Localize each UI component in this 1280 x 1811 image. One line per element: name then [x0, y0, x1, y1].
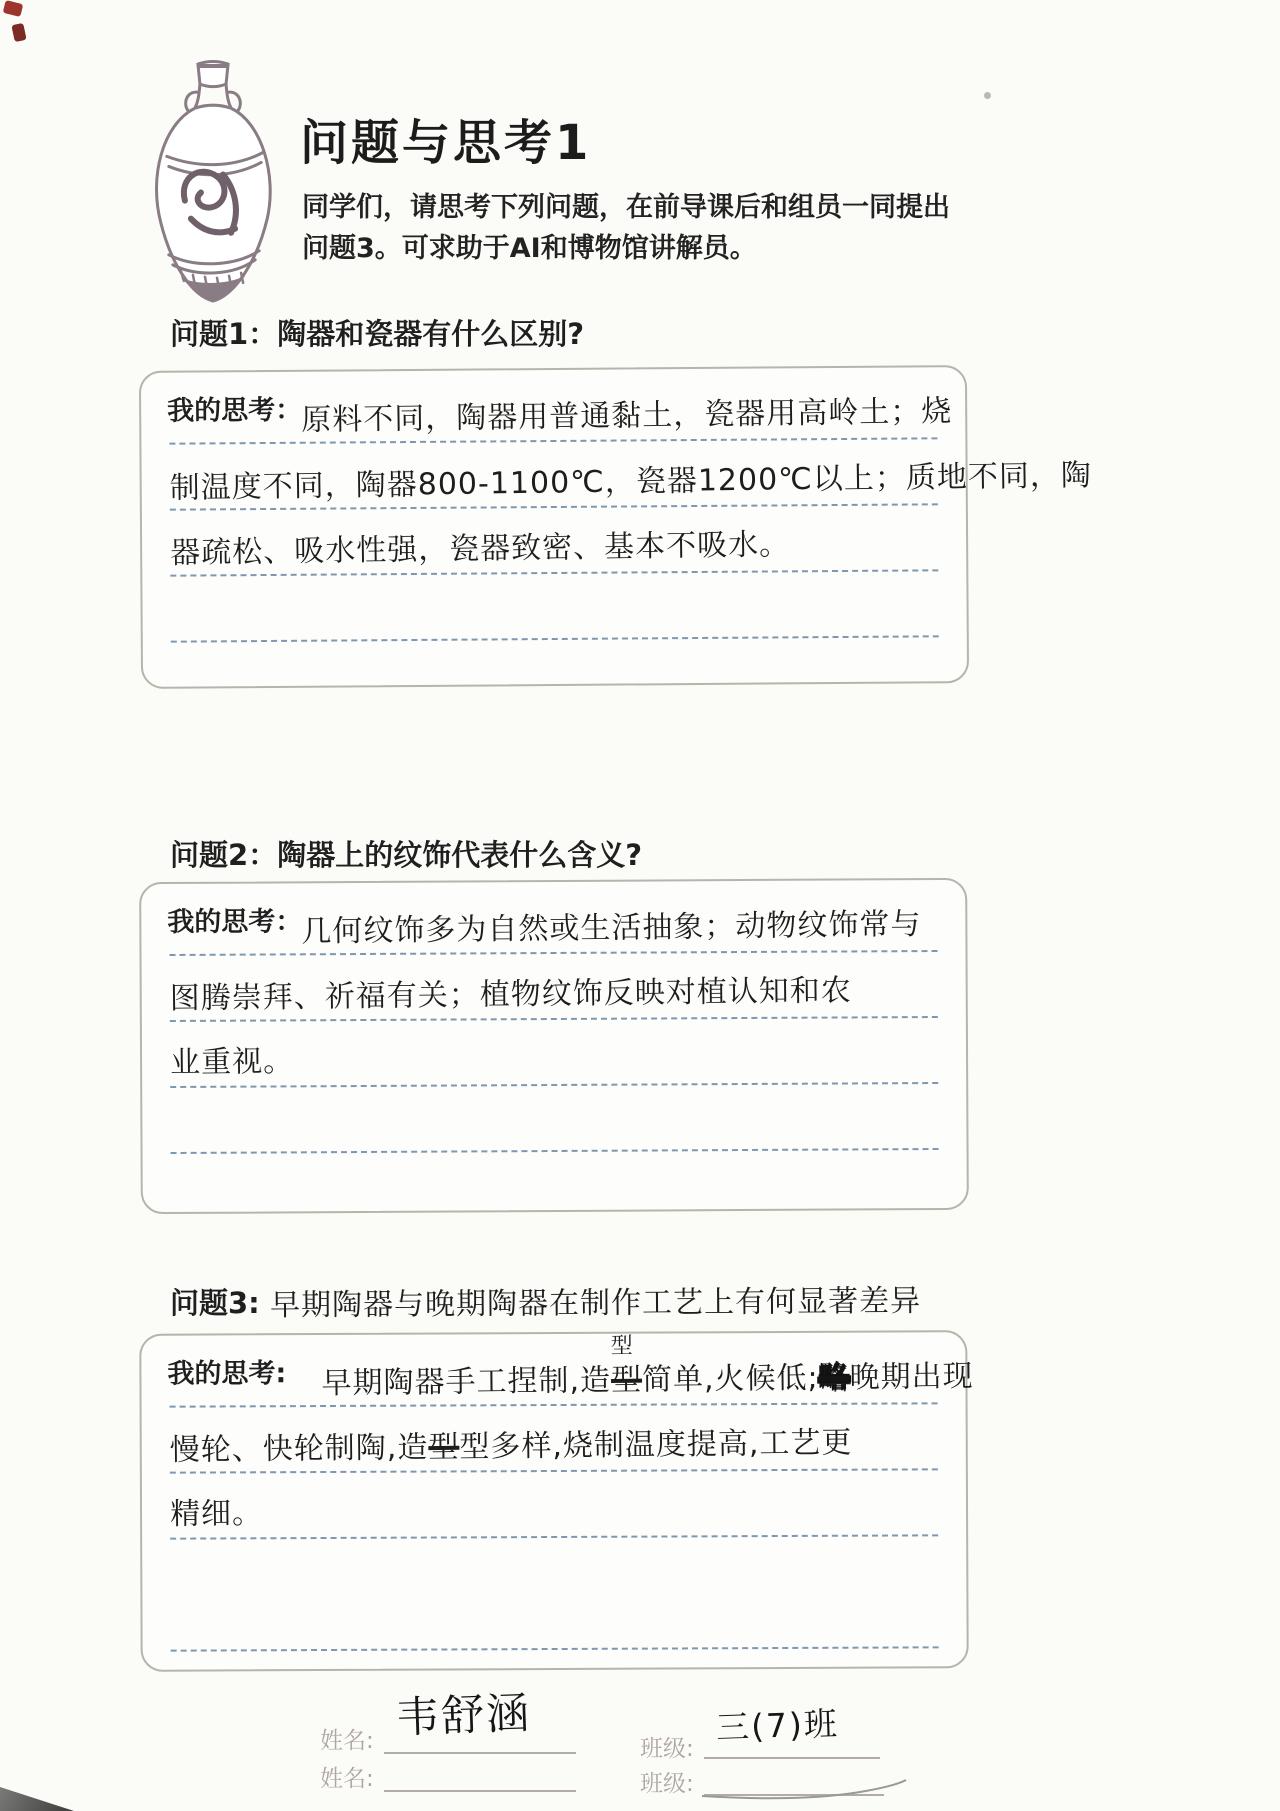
scan-corner-shadow	[0, 1787, 74, 1811]
answer-line-rule: 精细。	[170, 1470, 938, 1539]
answer-line-rule	[170, 571, 938, 642]
answer-lines: 原料不同，陶器用普通黏土，瓷器用高岭土；烧 制温度不同，陶器800-1100℃，…	[169, 373, 939, 642]
answer-box-2: 我的思考： 几何纹饰多为自然或生活抽象；动物纹饰常与 图腾崇拜、祈福有关；植物纹…	[139, 878, 969, 1214]
answer-lines: 几何纹饰多为自然或生活抽象；动物纹饰常与 图腾崇拜、祈福有关；植物纹饰反映对植认…	[169, 886, 938, 1154]
handwritten-answer-line: 慢轮、快轮制陶,造型型多样,烧制温度提高,工艺更	[170, 1417, 853, 1469]
question2-label: 问题2：	[170, 838, 277, 872]
handwritten-answer-line: 几何纹饰多为自然或生活抽象；动物纹饰常与	[301, 899, 921, 951]
class-underline	[704, 1757, 880, 1759]
scan-artifact	[3, 0, 24, 17]
handwritten-answer-line: 早期陶器手工捏制,造型型简单,火候低;略晚期出现	[321, 1351, 974, 1402]
answer-text: 早期陶器手工捏制,造	[321, 1363, 611, 1401]
intro-text: 同学们，请思考下列问题，在前导课后和组员一同提出问题3。可求助于AI和博物馆讲解…	[302, 188, 970, 269]
name-underline	[384, 1752, 576, 1754]
answer-line-rule	[170, 1536, 938, 1651]
vase-illustration	[138, 58, 290, 304]
name-label: 姓名:	[320, 1760, 374, 1793]
answer-lines: 早期陶器手工捏制,造型型简单,火候低;略晚期出现 慢轮、快轮制陶,造型型多样,烧…	[169, 1338, 938, 1651]
name-underline	[384, 1790, 576, 1792]
struck-char: 型	[611, 1363, 642, 1398]
answer-line-rule: 图腾崇拜、祈福有关；植物纹饰反映对植认知和农	[170, 952, 938, 1022]
handwritten-answer-line: 业重视。	[170, 1036, 295, 1082]
stray-pen-mark	[700, 1778, 910, 1804]
question1-label: 问题1：	[170, 317, 277, 351]
class-label: 班级:	[640, 1730, 694, 1763]
question1-text: 陶器和瓷器有什么区别?	[277, 317, 584, 351]
worksheet-page: 问题与思考1 同学们，请思考下列问题，在前导课后和组员一同提出问题3。可求助于A…	[0, 0, 1280, 1811]
handwritten-name: 韦舒涵	[395, 1680, 532, 1746]
answer-line-rule: 器疏松、吸水性强，瓷器致密、基本不吸水。	[170, 505, 938, 576]
answer-line-rule: 几何纹饰多为自然或生活抽象；动物纹饰常与	[169, 886, 937, 956]
handwritten-class: 三(7)班	[715, 1698, 839, 1749]
answer-box-3: 我的思考: 早期陶器手工捏制,造型型简单,火候低;略晚期出现 慢轮、快轮制陶,造…	[139, 1330, 968, 1672]
question3-label: 问题3:	[170, 1286, 260, 1320]
answer-line-rule: 原料不同，陶器用普通黏土，瓷器用高岭土；烧	[169, 373, 937, 444]
handwritten-answer-line: 器疏松、吸水性强，瓷器致密、基本不吸水。	[170, 519, 791, 572]
correction-above: 型	[610, 1329, 633, 1360]
handwritten-answer-line: 图腾崇拜、祈福有关；植物纹饰反映对植认知和农	[169, 965, 851, 1017]
question3-heading: 问题3: 早期陶器与晚期陶器在制作工艺上有何显著差异	[170, 1278, 921, 1322]
answer-line-rule: 业重视。	[170, 1018, 938, 1088]
answer-text: 型多样,烧制温度提高,工艺更	[459, 1425, 852, 1464]
handwritten-answer-line: 制温度不同，陶器800-1100℃，瓷器1200℃以上；质地不同，陶	[169, 450, 1092, 507]
question3-handwritten-text: 早期陶器与晚期陶器在制作工艺上有何显著差异	[270, 1276, 921, 1325]
scribbled-out-char: 略	[818, 1360, 849, 1395]
handwritten-answer-line: 原料不同，陶器用普通黏土，瓷器用高岭土；烧	[301, 386, 953, 439]
page-title: 问题与思考1	[300, 104, 591, 173]
name-label: 姓名:	[320, 1722, 374, 1755]
class-label: 班级:	[640, 1765, 694, 1798]
answer-text: 简单,火候低;	[642, 1361, 819, 1398]
answer-line-rule: 慢轮、快轮制陶,造型型多样,烧制温度提高,工艺更	[170, 1404, 938, 1473]
answer-line-rule: 制温度不同，陶器800-1100℃，瓷器1200℃以上；质地不同，陶	[169, 439, 937, 510]
answer-text: 慢轮、快轮制陶,造	[170, 1430, 429, 1468]
struck-char: 型	[428, 1430, 459, 1465]
handwritten-answer-line: 精细。	[170, 1488, 263, 1533]
scan-artifact	[984, 92, 991, 99]
corrected-char: 型型	[611, 1355, 642, 1399]
answer-text: 晚期出现	[849, 1359, 973, 1395]
answer-line-rule	[170, 1084, 938, 1154]
scan-artifact	[11, 23, 26, 42]
question2-heading: 问题2：陶器上的纹饰代表什么含义?	[170, 833, 642, 874]
question1-heading: 问题1：陶器和瓷器有什么区别?	[170, 312, 584, 353]
question2-text: 陶器上的纹饰代表什么含义?	[277, 838, 642, 872]
answer-line-rule: 早期陶器手工捏制,造型型简单,火候低;略晚期出现	[169, 1338, 937, 1407]
answer-box-1: 我的思考： 原料不同，陶器用普通黏土，瓷器用高岭土；烧 制温度不同，陶器800-…	[139, 365, 969, 689]
